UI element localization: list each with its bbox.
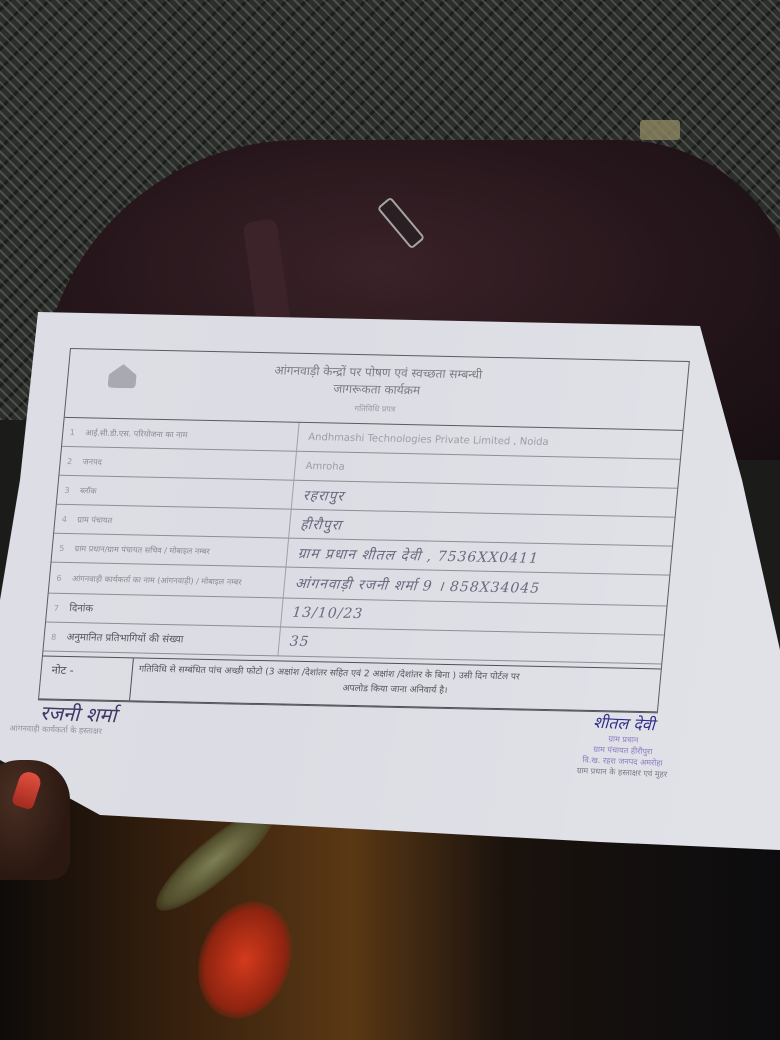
note-text: गतिविधि से सम्बंधित पांच अच्छी फोटो (3 अ… [130, 658, 661, 711]
gram-pradhan-signature-block: शीतल देवी ग्राम प्रधान ग्राम पंचायत हीरौ… [577, 710, 670, 780]
row-label: दिनांक [64, 594, 283, 626]
row-label: ब्लॉक [75, 476, 294, 508]
row-label: आंगनवाड़ी कार्यकर्ता का नाम (आंगनवाड़ी) … [67, 563, 287, 597]
official-stamp: ग्राम प्रधान ग्राम पंचायत हीरौपुरा वि.ख.… [577, 732, 669, 769]
anganwadi-worker-signature-block: रजनी शर्मा आंगनवाड़ी कार्यकर्ता के हस्ता… [39, 699, 117, 738]
row-value-handwritten: ग्राम प्रधान शीतल देवी , 7536XX0411 [287, 543, 672, 570]
row-label: आई.सी.डी.एस. परियोजना का नाम [80, 418, 299, 450]
row-value: Andhmashi Technologies Private Limited ,… [298, 431, 682, 450]
row-index: 1 [63, 427, 82, 436]
row-value: Amroha [295, 460, 679, 479]
row-label: ग्राम प्रधान/ग्राम पंचायत सचिव / मोबाइल … [70, 534, 289, 566]
row-index: 8 [44, 632, 63, 641]
row-index: 3 [58, 485, 77, 494]
form-table: आंगनवाड़ी केन्द्रों पर पोषण एवं स्वच्छता… [38, 348, 690, 713]
row-value-handwritten: हीरौपुरा [290, 514, 675, 541]
signature-handwriting: शीतल देवी [579, 710, 670, 736]
row-label: ग्राम पंचायत [72, 505, 291, 537]
row-label: जनपद [77, 447, 296, 479]
note-label: नोट - [39, 657, 134, 701]
activity-form: आंगनवाड़ी केन्द्रों पर पोषण एवं स्वच्छता… [38, 348, 690, 713]
row-value-handwritten: रहरापुर [292, 485, 677, 512]
row-index: 2 [60, 456, 79, 465]
row-value-handwritten: 13/10/23 [282, 605, 666, 629]
row-index: 5 [52, 543, 71, 552]
row-index: 4 [55, 514, 74, 523]
form-header: आंगनवाड़ी केन्द्रों पर पोषण एवं स्वच्छता… [65, 349, 689, 431]
row-index: 7 [47, 603, 66, 612]
row-label: अनुमानित प्रतिभागियों की संख्या [61, 623, 280, 655]
mat-highlight [640, 120, 680, 140]
row-value-handwritten: आंगनवाड़ी रजनी शर्मा 9 । 858X34045 [284, 573, 669, 600]
row-index: 6 [50, 573, 69, 582]
row-value-handwritten: 35 [279, 633, 663, 657]
